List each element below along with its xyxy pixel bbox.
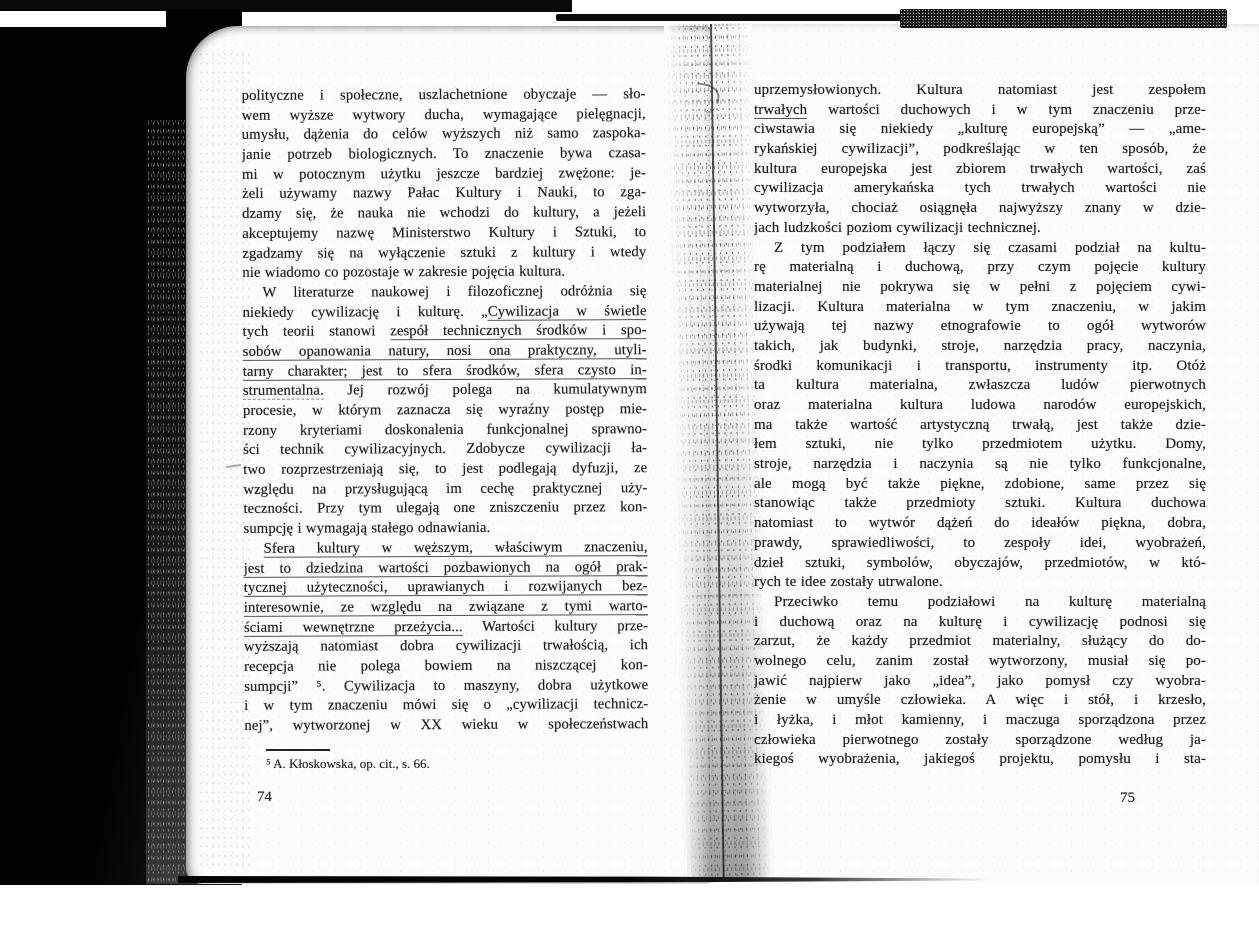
text-segment: stroje, narzędzia i naczynia są nie tylk… [754, 456, 1206, 472]
text-segment: dzamy się, że nauka nie wchodzi do kultu… [242, 204, 646, 222]
text-segment: Z tym podziałem łączy się czasami podzia… [774, 240, 1206, 256]
text-line: ma także wartość artystyczną trwałą, jes… [754, 416, 1206, 436]
text-segment: ści technik cywilizacyjnych. Zdobycze cy… [243, 440, 647, 458]
text-segment: procesie, w którym zaznacza się wyraźny … [243, 401, 647, 419]
text-segment: wolnego celu, zanim został wytworzony, m… [754, 653, 1206, 669]
text-line: wyższają natomiast dobra cywilizacji trw… [244, 636, 648, 657]
text-line: jach ludzkości poziom cywilizacji techni… [754, 219, 1206, 239]
text-line: teczności. Przy tym ulegają one zniszcze… [243, 499, 647, 520]
text-segment: janie potrzeb biologicznych. To znaczeni… [242, 145, 646, 163]
scan-edge-top-line [556, 14, 908, 21]
text-line: niekiedy cywilizację i kulturę. „Cywiliz… [243, 302, 647, 323]
text-line: lizacji. Kultura materialna w tym znacze… [754, 298, 1206, 318]
underlined-text: jest to dziedzina wartości pozbawionych … [244, 559, 648, 578]
text-segment: łem sztuki, nie tylko przedmiotem użytku… [754, 436, 1206, 452]
text-line: akceptujemy nazwę Ministerstwo Kultury i… [242, 223, 646, 244]
text-line: polityczne i społeczne, uszlachetnione o… [242, 85, 646, 106]
text-line: rę materialną i duchową, przy czym pojęc… [754, 258, 1206, 278]
underlined-text: trwałych [754, 102, 807, 119]
text-line: tych teorii stanowi zespół technicznych … [243, 321, 647, 342]
text-line: Sfera kultury w węższym, właściwym znacz… [244, 538, 648, 559]
text-line: ści technik cywilizacyjnych. Zdobycze cy… [243, 439, 647, 460]
underlined-text: tycznej użyteczności, uprawianych i rozw… [244, 578, 648, 597]
text-segment: cywilizacja amerykańska tych trwałych wa… [754, 180, 1206, 196]
text-line: umysłu, dążenia do celów wyższych niż sa… [242, 124, 646, 145]
text-line: two rozprzestrzeniają się, to jest podle… [243, 459, 647, 480]
text-line: kultura europejska jest zbiorem trwałych… [754, 160, 1206, 180]
footnote-rule [266, 749, 330, 751]
text-line: dzamy się, że nauka nie wchodzi do kultu… [242, 203, 646, 224]
text-line: cywilizacja amerykańska tych trwałych wa… [754, 179, 1206, 199]
text-line: używają tej nazwy etnografowie to ogół w… [754, 317, 1206, 337]
text-segment: rykańskiej cywilizacji”, podkreślając w … [754, 141, 1206, 157]
text-segment: jawić najpierw jako „idea”, jako pomysł … [754, 673, 1206, 689]
text-line: strumentalna. Jej rozwój polega na kumul… [243, 380, 647, 401]
text-segment: sumpcji” ⁵. Cywilizacja to maszyny, dobr… [244, 677, 648, 695]
text-line: ciwstawia się niekiedy „kulturę europejs… [754, 120, 1206, 140]
right-page-number: 75 [1120, 790, 1135, 807]
text-line: i w tym znaczeniu mówi się o „cywilizacj… [244, 695, 648, 716]
text-line: mi w potocznym użytku jeszcze bardziej z… [242, 164, 646, 185]
right-page-text: uprzemysłowionych. Kultura natomiast jes… [754, 81, 1206, 770]
text-segment: umysłu, dążenia do celów wyższych niż sa… [242, 125, 646, 143]
text-line: materialnej nie pokrywa się w pełni z po… [754, 278, 1206, 298]
text-segment: człowieka pierwotnego zostały sporządzon… [754, 732, 1206, 748]
text-segment: i w tym znaczeniu mówi się o „cywilizacj… [244, 696, 648, 714]
text-line: takich, jak budynki, stroje, narzędzia p… [754, 337, 1206, 357]
text-segment: takich, jak budynki, stroje, narzędzia p… [754, 338, 1206, 354]
text-segment: rych te idee zostały utrwalone. [754, 574, 943, 590]
text-line: W literaturze naukowej i filozoficznej o… [242, 282, 646, 303]
text-segment: i łyżka, i młot kamienny, i maczuga spor… [754, 712, 1206, 728]
text-line: natomiast to wytwór dążeń do ideałów pię… [754, 514, 1206, 534]
underlined-text: ściami wewnętrzne przeżycia... [244, 618, 463, 636]
underlined-text: sobów opanowania natury, nosi ona prakty… [243, 342, 647, 361]
text-line: zarzut, że każdy przedmiot materialny, s… [754, 632, 1206, 652]
text-line: rzony kryteriami doskonalenia funkcjonal… [243, 420, 647, 441]
text-line: interesownie, ze względu na związane z t… [244, 597, 648, 618]
text-segment: sumpcję i wymagają stałego odnawiania. [243, 520, 490, 537]
text-segment: nej”, wytworzonej w XX wieku w społeczeń… [244, 716, 648, 734]
text-segment: środki komunikacji i transportu, instrum… [754, 358, 1206, 374]
underlined-text: interesownie, ze względu na związane z t… [244, 598, 648, 617]
text-line: trwałych wartości duchowych i w tym znac… [754, 101, 1206, 121]
text-segment: względu na przysługującą im cechę prakty… [243, 480, 647, 498]
text-line: rykańskiej cywilizacji”, podkreślając w … [754, 140, 1206, 160]
text-line: wytworzyła, chociaż osiągnęła najwyższy … [754, 199, 1206, 219]
text-line: stroje, narzędzia i naczynia są nie tylk… [754, 455, 1206, 475]
text-line: i łyżka, i młot kamienny, i maczuga spor… [754, 711, 1206, 731]
text-segment: rę materialną i duchową, przy czym pojęc… [754, 259, 1206, 275]
text-segment: polityczne i społeczne, uszlachetnione o… [242, 86, 646, 104]
text-line: środki komunikacji i transportu, instrum… [754, 357, 1206, 377]
text-segment: akceptujemy nazwę Ministerstwo Kultury i… [242, 224, 646, 242]
text-segment: Wartości kultury prze- [463, 618, 648, 635]
text-line: ściami wewnętrzne przeżycia... Wartości … [244, 617, 648, 638]
text-segment: uprzemysłowionych. Kultura natomiast jes… [754, 82, 1206, 98]
text-line: sobów opanowania natury, nosi ona prakty… [243, 341, 647, 362]
text-segment: Jej rozwój polega na kumulatywnym [324, 381, 647, 398]
text-segment: natomiast to wytwór dążeń do ideałów pię… [754, 515, 1206, 531]
text-line: tycznej użyteczności, uprawianych i rozw… [244, 577, 648, 598]
text-segment: two rozprzestrzeniają się, to jest podle… [243, 460, 647, 478]
text-segment: tych teorii stanowi [243, 323, 391, 340]
text-line: zgadzamy się na wyłączenie sztuki z kult… [242, 243, 646, 264]
text-line: Z tym podziałem łączy się czasami podzia… [754, 239, 1206, 259]
dashed-underlined-text: strumentalna. [243, 383, 324, 400]
text-line: recepcja nie polega bowiem na niszczącej… [244, 656, 648, 677]
text-segment: używają tej nazwy etnografowie to ogół w… [754, 318, 1206, 334]
text-segment: ale mogą być także piękne, zdobione, sam… [754, 476, 1206, 492]
text-segment: kiegoś wyobrażenia, jakiegoś projektu, p… [754, 751, 1206, 767]
text-line: prawdy, sprawiedliwości, to zespoły idei… [754, 534, 1206, 554]
scan-edge-top-band [900, 9, 1227, 28]
text-segment: Przeciwko temu podziałowi na kulturę mat… [774, 594, 1206, 610]
text-segment: wyższają natomiast dobra cywilizacji trw… [244, 637, 648, 655]
footnote: ⁵ A. Kłoskowska, op. cit., s. 66. [266, 756, 566, 772]
text-line: człowieka pierwotnego zostały sporządzon… [754, 731, 1206, 751]
text-line: żeli używamy nazwy Pałac Kultury i Nauki… [242, 184, 646, 205]
text-segment: stanowiąc także przedmioty sztuki. Kultu… [754, 495, 1206, 511]
text-segment: recepcja nie polega bowiem na niszczącej… [244, 657, 648, 675]
text-line: oraz materialna kultura ludowa narodów e… [754, 396, 1206, 416]
left-page-number: 74 [257, 789, 272, 806]
text-line: wem wyższe wytwory ducha, wymagające pie… [242, 105, 646, 126]
text-segment: dzieł sztuki, symbolów, obyczajów, przed… [754, 555, 1206, 571]
text-segment: wartości duchowych i w tym znaczeniu prz… [807, 102, 1206, 118]
text-segment: ciwstawia się niekiedy „kulturę europejs… [754, 121, 1206, 137]
text-segment: niekiedy cywilizację i kulturę. „ [243, 303, 488, 320]
text-segment: ta kultura materialna, zwłaszcza ludów p… [754, 377, 1206, 393]
text-line: Przeciwko temu podziałowi na kulturę mat… [754, 593, 1206, 613]
text-line: dzieł sztuki, symbolów, obyczajów, przed… [754, 554, 1206, 574]
text-segment: W literaturze naukowej i filozoficznej o… [262, 283, 646, 301]
text-segment: ma także wartość artystyczną trwałą, jes… [754, 417, 1206, 433]
text-segment: teczności. Przy tym ulegają one zniszcze… [243, 500, 647, 518]
text-segment: kultura europejska jest zbiorem trwałych… [754, 161, 1206, 177]
text-segment: wytworzyła, chociaż osiągnęła najwyższy … [754, 200, 1206, 216]
text-line: jest to dziedzina wartości pozbawionych … [244, 558, 648, 579]
text-line: względu na przysługującą im cechę prakty… [243, 479, 647, 500]
text-line: nie wiadomo co pozostaje w zakresie poję… [242, 262, 646, 283]
text-segment: jach ludzkości poziom cywilizacji techni… [754, 220, 1041, 236]
text-line: procesie, w którym zaznacza się wyraźny … [243, 400, 647, 421]
underlined-text: zespół technicznych środków i spo- [390, 322, 647, 340]
text-line: wolnego celu, zanim został wytworzony, m… [754, 652, 1206, 672]
text-segment: prawdy, sprawiedliwości, to zespoły idei… [754, 535, 1206, 551]
left-page-text: polityczne i społeczne, uszlachetnione o… [242, 85, 649, 736]
text-segment: mi w potocznym użytku jeszcze bardziej z… [242, 165, 646, 183]
text-line: janie potrzeb biologicznych. To znaczeni… [242, 144, 646, 165]
text-segment: żenie w umyśle człowieka. A więc i stół,… [754, 692, 1206, 708]
text-segment: wem wyższe wytwory ducha, wymagające pie… [242, 106, 646, 124]
underlined-text: Sfera kultury w węższym, właściwym znacz… [264, 539, 648, 558]
text-line: łem sztuki, nie tylko przedmiotem użytku… [754, 435, 1206, 455]
scan-gap-top-left [0, 11, 166, 27]
text-line: i duchową oraz na kulturę i cywilizację … [754, 613, 1206, 633]
text-line: ta kultura materialna, zwłaszcza ludów p… [754, 376, 1206, 396]
underlined-text: Cywilizacja w świetle [488, 303, 647, 321]
text-line: tarny charakter; jest to sfera środków, … [243, 361, 647, 382]
text-line: sumpcję i wymagają stałego odnawiania. [243, 518, 647, 539]
text-segment: nie wiadomo co pozostaje w zakresie poję… [242, 264, 565, 281]
text-line: nej”, wytworzonej w XX wieku w społeczeń… [244, 715, 648, 736]
text-segment: żeli używamy nazwy Pałac Kultury i Nauki… [242, 185, 646, 203]
text-line: uprzemysłowionych. Kultura natomiast jes… [754, 81, 1206, 101]
text-segment: i duchową oraz na kulturę i cywilizację … [754, 614, 1206, 630]
text-line: kiegoś wyobrażenia, jakiegoś projektu, p… [754, 750, 1206, 770]
text-segment: oraz materialna kultura ludowa narodów e… [754, 397, 1206, 413]
text-line: rych te idee zostały utrwalone. [754, 573, 1206, 593]
text-segment: zgadzamy się na wyłączenie sztuki z kult… [242, 244, 646, 262]
book-scan: polityczne i społeczne, uszlachetnione o… [0, 0, 1259, 935]
text-line: sumpcji” ⁵. Cywilizacja to maszyny, dobr… [244, 676, 648, 697]
text-segment: lizacji. Kultura materialna w tym znacze… [754, 299, 1206, 315]
underlined-text: tarny charakter; jest to sfera środków, … [243, 362, 647, 381]
text-segment: zarzut, że każdy przedmiot materialny, s… [754, 633, 1206, 649]
text-line: żenie w umyśle człowieka. A więc i stół,… [754, 691, 1206, 711]
text-line: stanowiąc także przedmioty sztuki. Kultu… [754, 494, 1206, 514]
text-segment: materialnej nie pokrywa się w pełni z po… [754, 279, 1206, 295]
text-line: ale mogą być także piękne, zdobione, sam… [754, 475, 1206, 495]
text-segment: rzony kryteriami doskonalenia funkcjonal… [243, 421, 647, 439]
text-line: jawić najpierw jako „idea”, jako pomysł … [754, 672, 1206, 692]
